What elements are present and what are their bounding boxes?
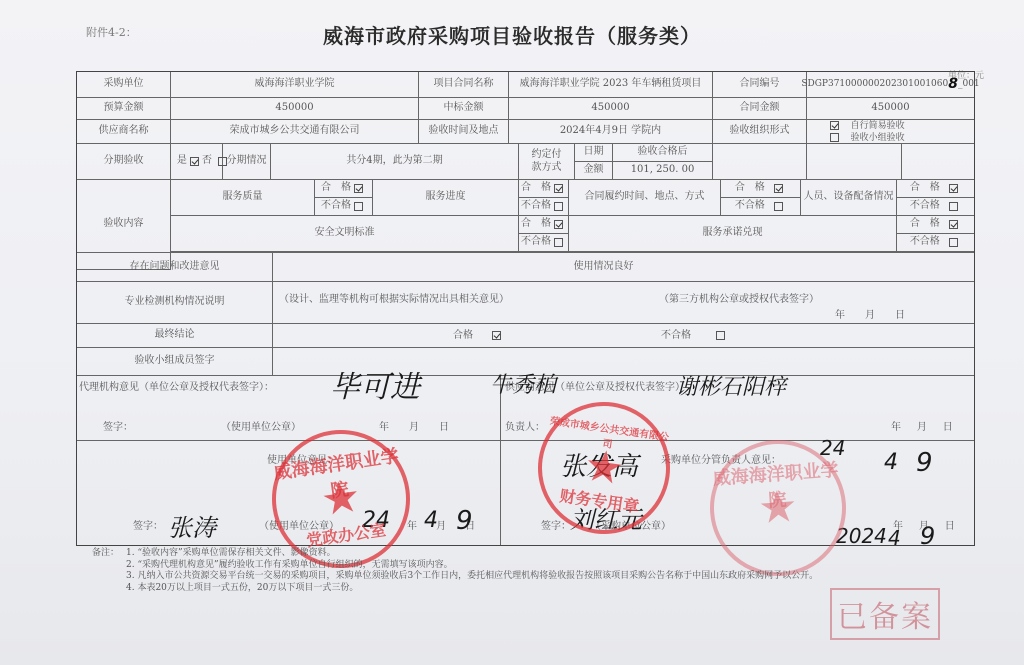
inspection-label: 专业检测机构情况说明 — [77, 282, 273, 324]
blank-cell — [713, 144, 807, 180]
project-name-value: 威海海洋职业学院 2023 年车辆租赁项目 — [509, 72, 713, 98]
checkbox-icon[interactable] — [554, 238, 563, 247]
fail-option[interactable]: 不合格 — [897, 198, 974, 216]
conclusion-label: 最终结论 — [77, 324, 273, 348]
org-form-option-team[interactable]: 验收小组验收 — [827, 132, 905, 144]
checkbox-icon[interactable] — [949, 238, 958, 247]
installment-detail-label: 分期情况 — [223, 144, 271, 180]
supplier-label: 供应商名称 — [77, 120, 171, 144]
payment-amount-value: 101, 250. 00 — [613, 162, 713, 180]
purchaser-date-day: 9 — [920, 522, 935, 550]
pass-option[interactable]: 合 格 — [315, 180, 373, 198]
checkbox-icon[interactable] — [949, 184, 958, 193]
footnote-item: 1. “验收内容”采购单位需保存相关文件、影像资料。 — [126, 548, 818, 560]
issues-label: 存在问题和改进意见 — [77, 252, 273, 282]
fail-option[interactable]: 不合格 — [721, 198, 801, 216]
budget-label: 预算金额 — [77, 98, 171, 120]
contract-amount-label: 合同金额 — [713, 98, 807, 120]
user-unit-date-month: 4 — [424, 508, 438, 533]
checkbox-icon[interactable] — [949, 202, 958, 211]
checkbox-icon[interactable] — [354, 202, 363, 211]
pass-option[interactable]: 合 格 — [897, 180, 974, 198]
purchaser-label: 采购单位 — [77, 72, 171, 98]
checkbox-icon[interactable] — [354, 184, 363, 193]
acceptance-item-commitment: 服务承诺兑现 — [569, 216, 897, 252]
contract-no-value: SDGP3710000002023010010608_001 — [807, 72, 974, 98]
checkbox-icon[interactable] — [554, 220, 563, 229]
footnote-item: 2. “采购代理机构意见”履约验收工作有采购单位自行组织的，无需填写该项内容。 — [126, 560, 818, 572]
bid-amount-label: 中标金额 — [419, 98, 509, 120]
blank-cell — [902, 144, 974, 180]
conclusion-pass[interactable]: 合格 — [453, 330, 504, 343]
budget-value: 450000 — [171, 98, 419, 120]
conclusion-fail[interactable]: 不合格 — [661, 330, 728, 343]
supplier-date-month: 4 — [884, 450, 898, 475]
issues-value: 使用情况良好 — [273, 252, 974, 282]
pass-option[interactable]: 合 格 — [519, 216, 569, 234]
checkbox-icon[interactable] — [830, 121, 839, 130]
org-form-option-self[interactable]: 自行简易验收 — [827, 120, 905, 132]
acceptance-item-service-progress: 服务进度 — [373, 180, 519, 216]
acceptance-item-service-quality: 服务质量 — [171, 180, 315, 216]
signature-member-2: 牛秀柏 — [490, 368, 556, 399]
time-place-value: 2024年4月9日 学院内 — [509, 120, 713, 144]
purchaser-value: 威海海洋职业学院 — [171, 72, 419, 98]
footnote-item: 4. 本表20万以上项目一式五份，20万以下项目一式三份。 — [126, 583, 818, 595]
checkbox-icon[interactable] — [830, 133, 839, 142]
purchaser-date-year: 2024 — [836, 524, 887, 548]
payment-date-label: 日期 — [575, 144, 613, 162]
fail-option[interactable]: 不合格 — [315, 198, 373, 216]
fail-option[interactable]: 不合格 — [519, 198, 569, 216]
pass-option[interactable]: 合 格 — [721, 180, 801, 198]
fail-option[interactable]: 不合格 — [897, 234, 974, 252]
fail-option[interactable]: 不合格 — [519, 234, 569, 252]
acceptance-item-safety: 安全文明标准 — [171, 216, 519, 252]
bid-amount-value: 450000 — [509, 98, 713, 120]
footnote-item: 3. 凡纳入市公共资源交易平台统一交易的采购项目，采购单位须验收后3个工作日内，… — [126, 571, 818, 583]
purchaser-date-month: 4 — [888, 526, 901, 550]
checkbox-icon[interactable] — [774, 202, 783, 211]
supplier-value: 荣成市城乡公共交通有限公司 — [171, 120, 419, 144]
acceptance-item-staff-equipment: 人员、设备配备情况 — [801, 180, 897, 216]
payment-amount-label: 金额 — [575, 162, 613, 180]
contract-no-handwritten: 8 — [948, 76, 958, 94]
signature-user-unit: 张涛 — [168, 508, 216, 543]
checkbox-icon[interactable] — [716, 331, 725, 340]
pass-option[interactable]: 合 格 — [897, 216, 974, 234]
payment-date-value: 验收合格后 — [613, 144, 713, 162]
contract-no-suffix: _001 — [958, 79, 980, 90]
signatures-label: 验收小组成员签字 — [77, 348, 273, 376]
acceptance-item-contract-performance: 合同履约时间、地点、方式 — [569, 180, 721, 216]
agent-opinion: 代理机构意见（单位公章及授权代表签字）： 签字： （使用单位公章） 年 月 日 — [77, 376, 501, 441]
footnotes: 备注： 1. “验收内容”采购单位需保存相关文件、影像资料。 2. “采购代理机… — [92, 548, 818, 594]
contract-no-label: 合同编号 — [713, 72, 807, 98]
signature-member-3: 谢彬石阳梓 — [676, 370, 786, 401]
report-table: 采购单位 威海海洋职业学院 项目合同名称 威海海洋职业学院 2023 年车辆租赁… — [76, 71, 975, 546]
contract-amount-value: 450000 — [807, 98, 974, 120]
pass-option[interactable]: 合 格 — [519, 180, 569, 198]
checkbox-icon[interactable] — [554, 202, 563, 211]
org-form-options: 自行简易验收 验收小组验收 — [807, 120, 974, 144]
user-unit-date-day: 9 — [456, 506, 473, 536]
project-name-label: 项目合同名称 — [419, 72, 509, 98]
page-title: 威海市政府采购项目验收报告（服务类） — [0, 20, 1024, 49]
checkbox-icon[interactable] — [492, 331, 501, 340]
blank-cell — [807, 144, 902, 180]
time-place-label: 验收时间及地点 — [419, 120, 509, 144]
installment-yes-checkbox[interactable] — [190, 157, 199, 166]
signature-member-1: 毕可进 — [330, 362, 420, 406]
contract-no-text: SDGP371000000202301001060 — [801, 79, 948, 90]
checkbox-icon[interactable] — [774, 184, 783, 193]
payment-label: 约定付款方式 — [519, 144, 575, 180]
checkbox-icon[interactable] — [554, 184, 563, 193]
installment-label: 分期验收 — [77, 144, 171, 180]
conclusion-value: 合格 不合格 — [273, 324, 974, 348]
installment-yes-no: 是否 — [171, 144, 223, 180]
checkbox-icon[interactable] — [949, 220, 958, 229]
filed-stamp: 已备案 — [830, 588, 940, 640]
installment-detail-value: 共分4期，此为第二期 — [271, 144, 519, 180]
document-page: 附件4-2： 威海市政府采购项目验收报告（服务类） 单位：元 采购单位 威海海洋… — [0, 0, 1024, 665]
supplier-date-day: 9 — [916, 448, 933, 478]
org-form-label: 验收组织形式 — [713, 120, 807, 144]
inspection-value: （设计、监理等机构可根据实际情况出具相关意见） （第三方机构公章或授权代表签字）… — [273, 282, 974, 324]
